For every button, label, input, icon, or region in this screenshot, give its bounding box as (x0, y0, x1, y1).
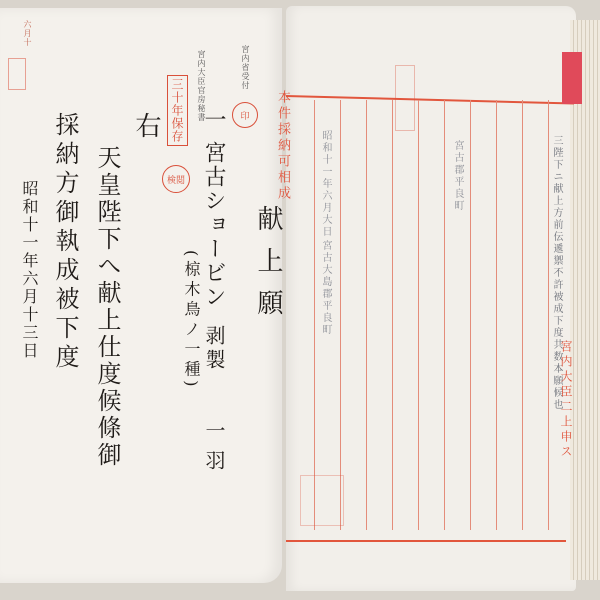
right-marker: 右 (128, 112, 165, 142)
faded-stamp (8, 58, 26, 90)
body-line-1: 天皇陛下へ献上仕度候條御 (90, 145, 125, 469)
faint-column-3: 宮古郡平良町 (450, 140, 465, 212)
right-red-margin-note: 宮内大臣二上申ス (558, 340, 575, 460)
faded-bottom-stamp (300, 475, 344, 526)
faint-column-1: 昭和十一年六月大日 (318, 130, 333, 238)
quantity: 一羽 (200, 420, 229, 480)
round-seal: 検閲 (162, 165, 190, 193)
body-line-2: 採納方御執成被下度 (48, 112, 83, 373)
document-date: 昭和十一年六月十三日 (18, 180, 41, 360)
page-edges (570, 20, 600, 580)
bottom-red-rule (286, 540, 566, 542)
margin-red-note: 本件採納可相成 (273, 90, 292, 202)
retention-stamp: 三十年保存 (167, 75, 188, 146)
top-left-note: 六月十 (22, 20, 33, 47)
left-page (0, 8, 282, 583)
faint-column-2: 宮古大島郡平良町 (318, 240, 333, 336)
item-type: 剥製 (200, 325, 229, 373)
receipt-note: 宮内省受付 (240, 45, 251, 90)
red-corner-seal (562, 52, 582, 104)
inspection-seal: 印 (232, 102, 258, 128)
document-title: 献上願 (250, 205, 287, 331)
ruled-grid (300, 100, 556, 530)
faded-right-stamp (395, 65, 415, 131)
